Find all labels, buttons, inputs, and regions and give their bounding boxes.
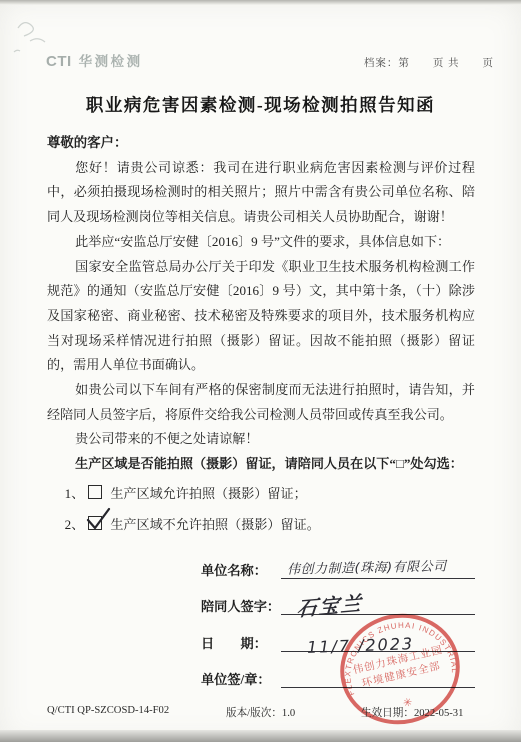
document-title: 职业病危害因素检测-现场检测拍照告知函	[0, 92, 521, 117]
companion-signature-handwritten: 石宝兰	[296, 587, 364, 622]
letter-body: 尊敬的客户： 您好！请贵公司谅悉：我司在进行职业病危害因素检测与评价过程中，必须…	[47, 131, 475, 537]
scan-edge-top	[0, 0, 521, 5]
checkbox-allow-unchecked	[88, 485, 102, 499]
handwritten-checkmark	[84, 507, 111, 532]
footer-doc-code: Q/CTI QP-SZCOSD-14-F02	[47, 705, 169, 716]
paragraph-reference: 此举应“安监总厅安健〔2016〕9 号”文件的要求，具体信息如下：	[47, 230, 475, 255]
checkbox-prompt: 生产区域是否能拍照（摄影）留证，请陪同人员在以下“□”处勾选：	[47, 452, 475, 477]
company-name-handwritten: 伟创力制造(珠海)有限公司	[287, 555, 447, 577]
footer-version: 版本/版次：1.0	[226, 705, 295, 720]
paragraph-regulation: 国家安全监管总局办公厅关于印发《职业卫生技术服务机构检测工作规范》的通知（安监总…	[47, 255, 475, 379]
company-seal-label: 单位签/章：	[201, 669, 271, 688]
scan-edge-bottom	[0, 730, 521, 742]
paragraph-confidential: 如贵公司以下车间有严格的保密制度而无法进行拍照时，请告知，并经陪同人员签字后，将…	[47, 378, 475, 427]
option-label: 生产区域不允许拍照（摄影）留证。	[110, 517, 320, 532]
option-photo-allowed: 1、生产区域允许拍照（摄影）留证；	[47, 482, 475, 507]
option-photo-not-allowed: 2、生产区域不允许拍照（摄影）留证。	[47, 513, 475, 538]
cti-logo: CTI华测检测	[46, 50, 143, 70]
option-number: 2、	[65, 517, 85, 532]
salutation: 尊敬的客户：	[47, 131, 475, 156]
cti-logo-name: 华测检测	[79, 54, 143, 69]
option-number: 1、	[65, 486, 85, 501]
date-label: 日 期：	[201, 633, 267, 652]
paragraph-apology: 贵公司带来的不便之处请谅解！	[47, 427, 475, 452]
company-name-label: 单位名称：	[201, 560, 267, 579]
footer-effective-date: 生效日期：2022-05-31	[361, 705, 463, 720]
option-label: 生产区域允许拍照（摄影）留证；	[110, 486, 306, 501]
companion-signature-label: 陪同人签字：	[201, 596, 280, 615]
paragraph-intro: 您好！请贵公司谅悉：我司在进行职业病危害因素检测与评价过程中，必须拍摄现场检测时…	[47, 156, 475, 230]
scanned-document-page: CTI华测检测 档案：第 页 共 页 职业病危害因素检测-现场检测拍照告知函 尊…	[0, 0, 521, 742]
form-row-company: 单位名称： 伟创力制造(珠海)有限公司	[201, 549, 477, 586]
checkbox-disallow-checked	[88, 516, 102, 530]
cti-logo-mark: CTI	[46, 53, 72, 70]
company-name-line	[281, 578, 475, 579]
archive-page-field: 档案：第 页 共 页	[364, 55, 494, 70]
